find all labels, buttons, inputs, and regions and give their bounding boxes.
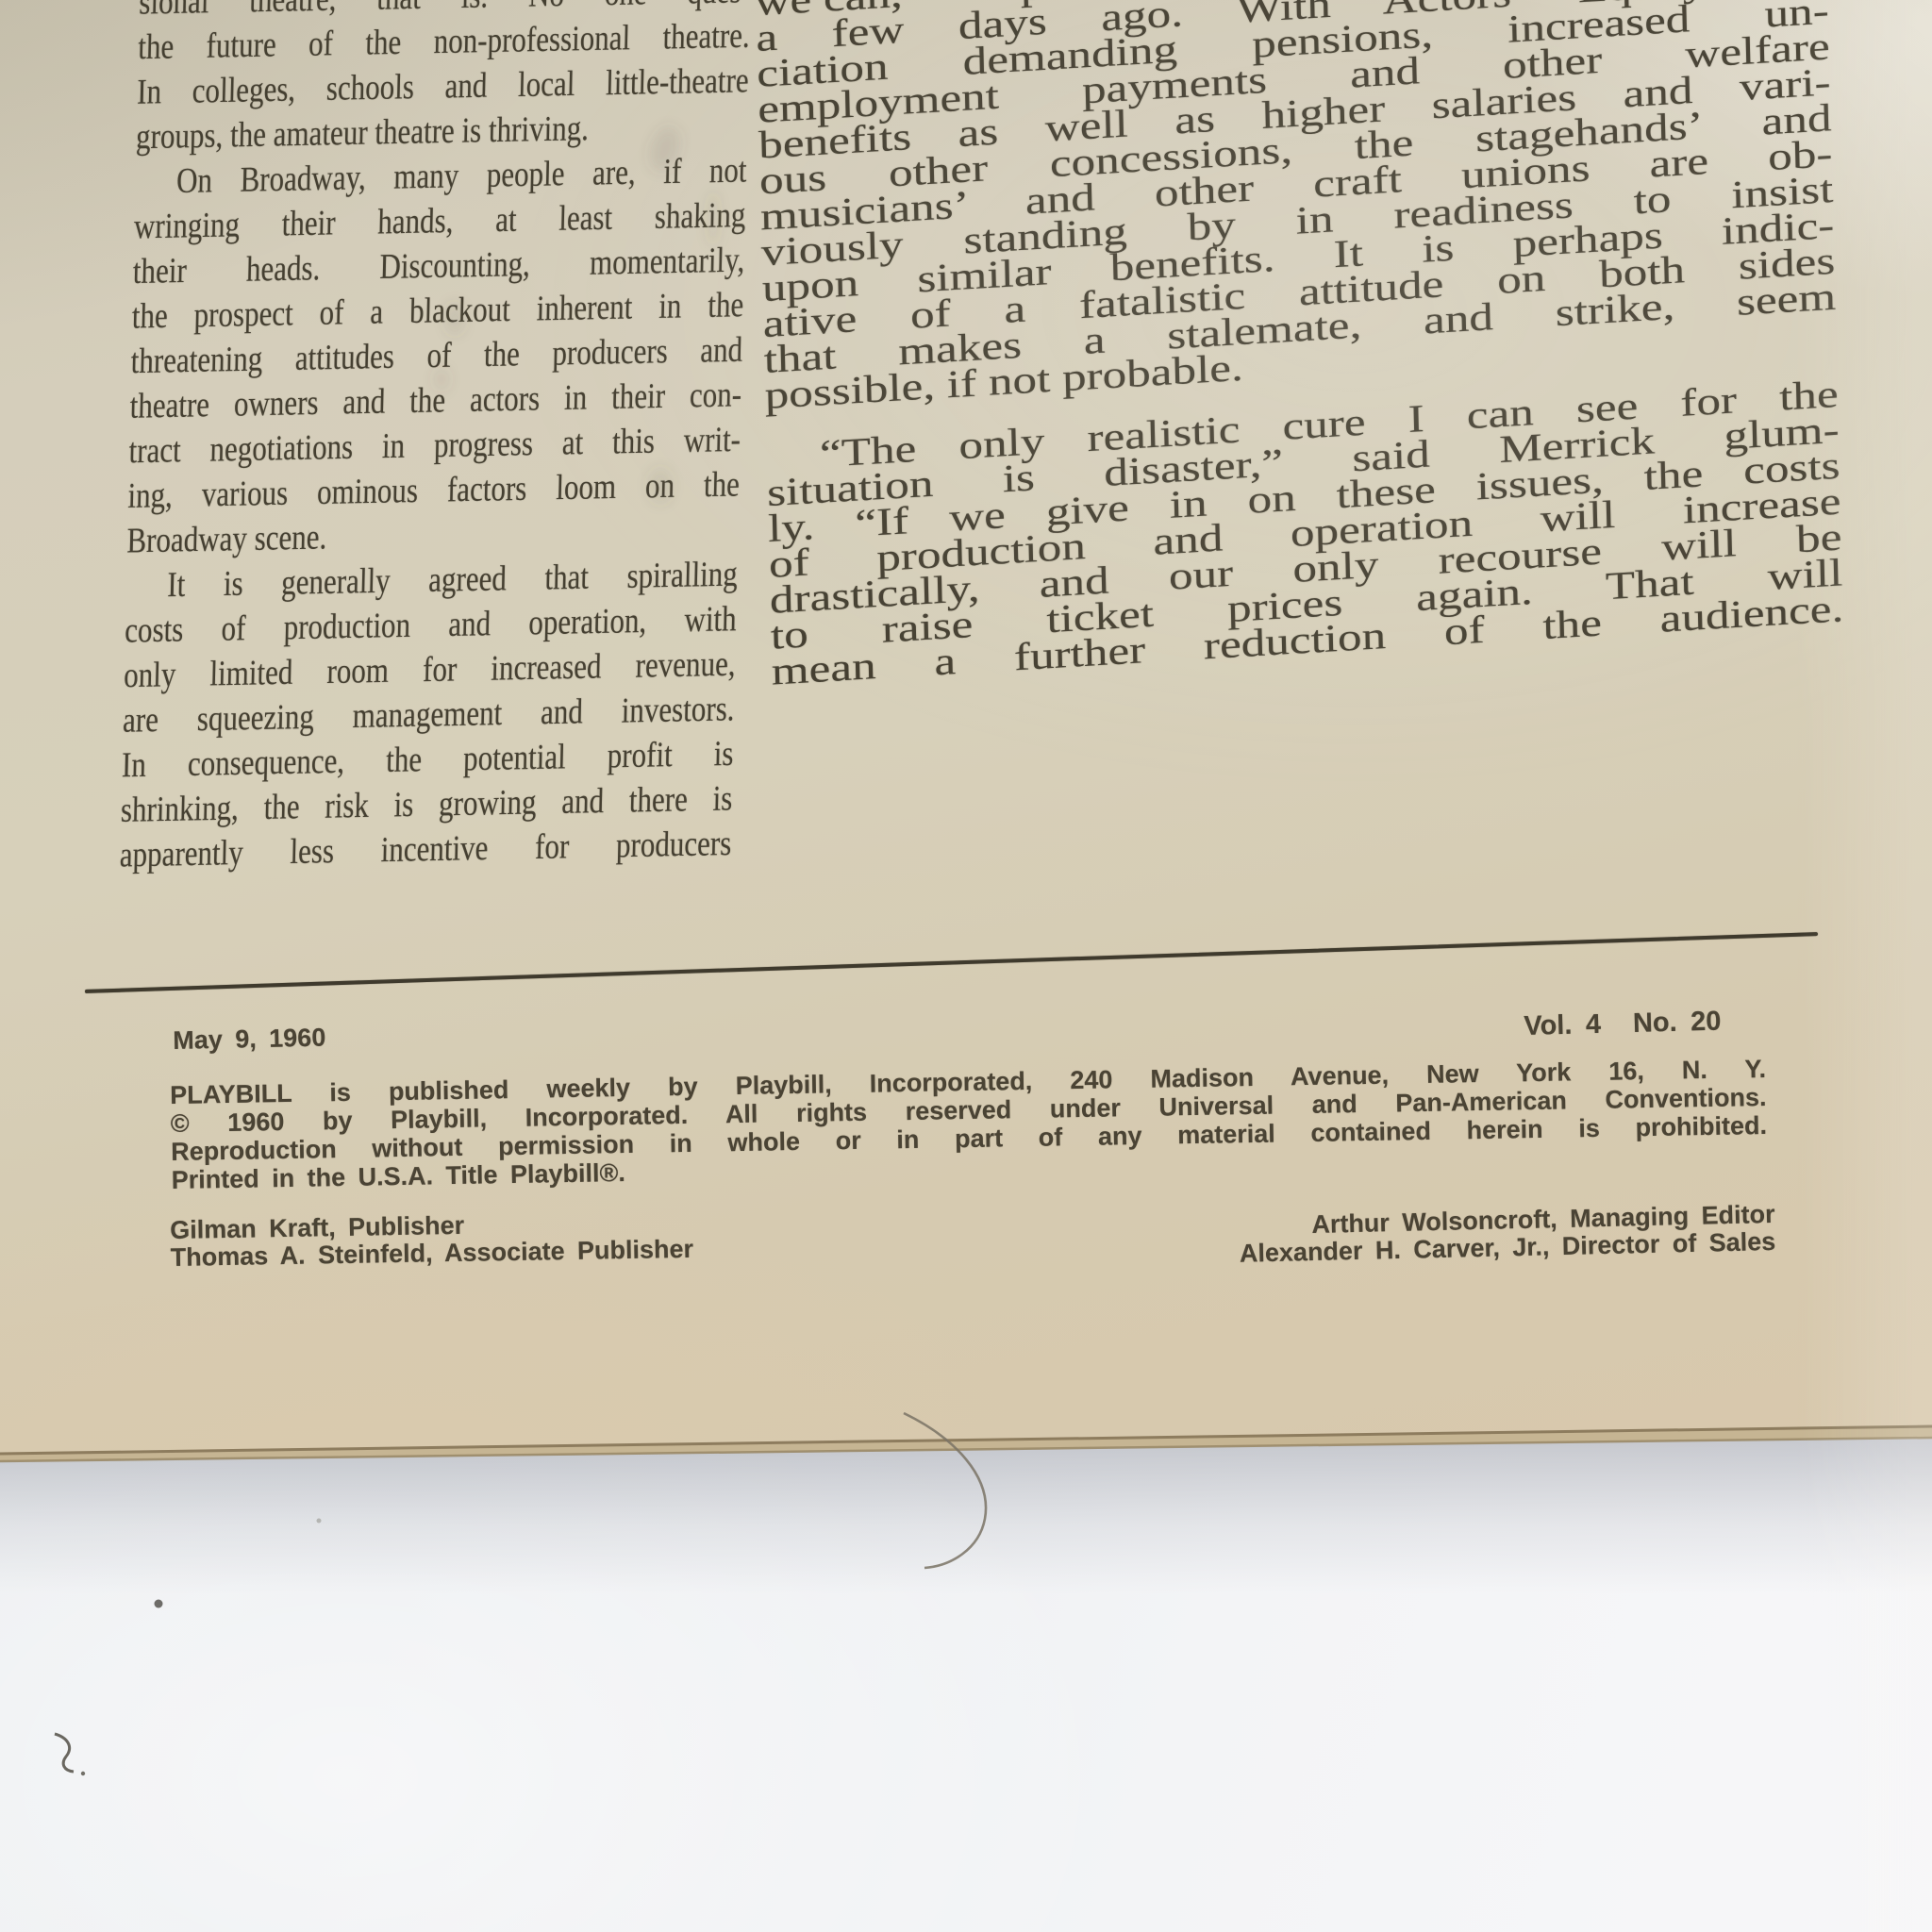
page-cast-shadow [0,1438,1932,1615]
body-text-left-column: sional theatre, that is. No one ques-the… [119,0,751,876]
volume-number: Vol. 4No. 20 [1524,1007,1722,1042]
dust-speck-small [317,1519,322,1524]
playbill-page-photo: sional theatre, that is. No one ques-the… [0,0,1932,1932]
dust-speck [155,1600,163,1608]
issue-date: May 9, 1960 [173,1024,326,1056]
volume-label: Vol. 4 [1524,1009,1601,1041]
publisher-credits: Gilman Kraft, PublisherThomas A. Steinfe… [170,1208,693,1272]
ink-mark-bottom-left [55,1734,85,1775]
body-text-right-column: we can,” pro-a few days ago. With Actors… [755,0,1844,690]
issue-number-label: No. 20 [1633,1007,1722,1039]
